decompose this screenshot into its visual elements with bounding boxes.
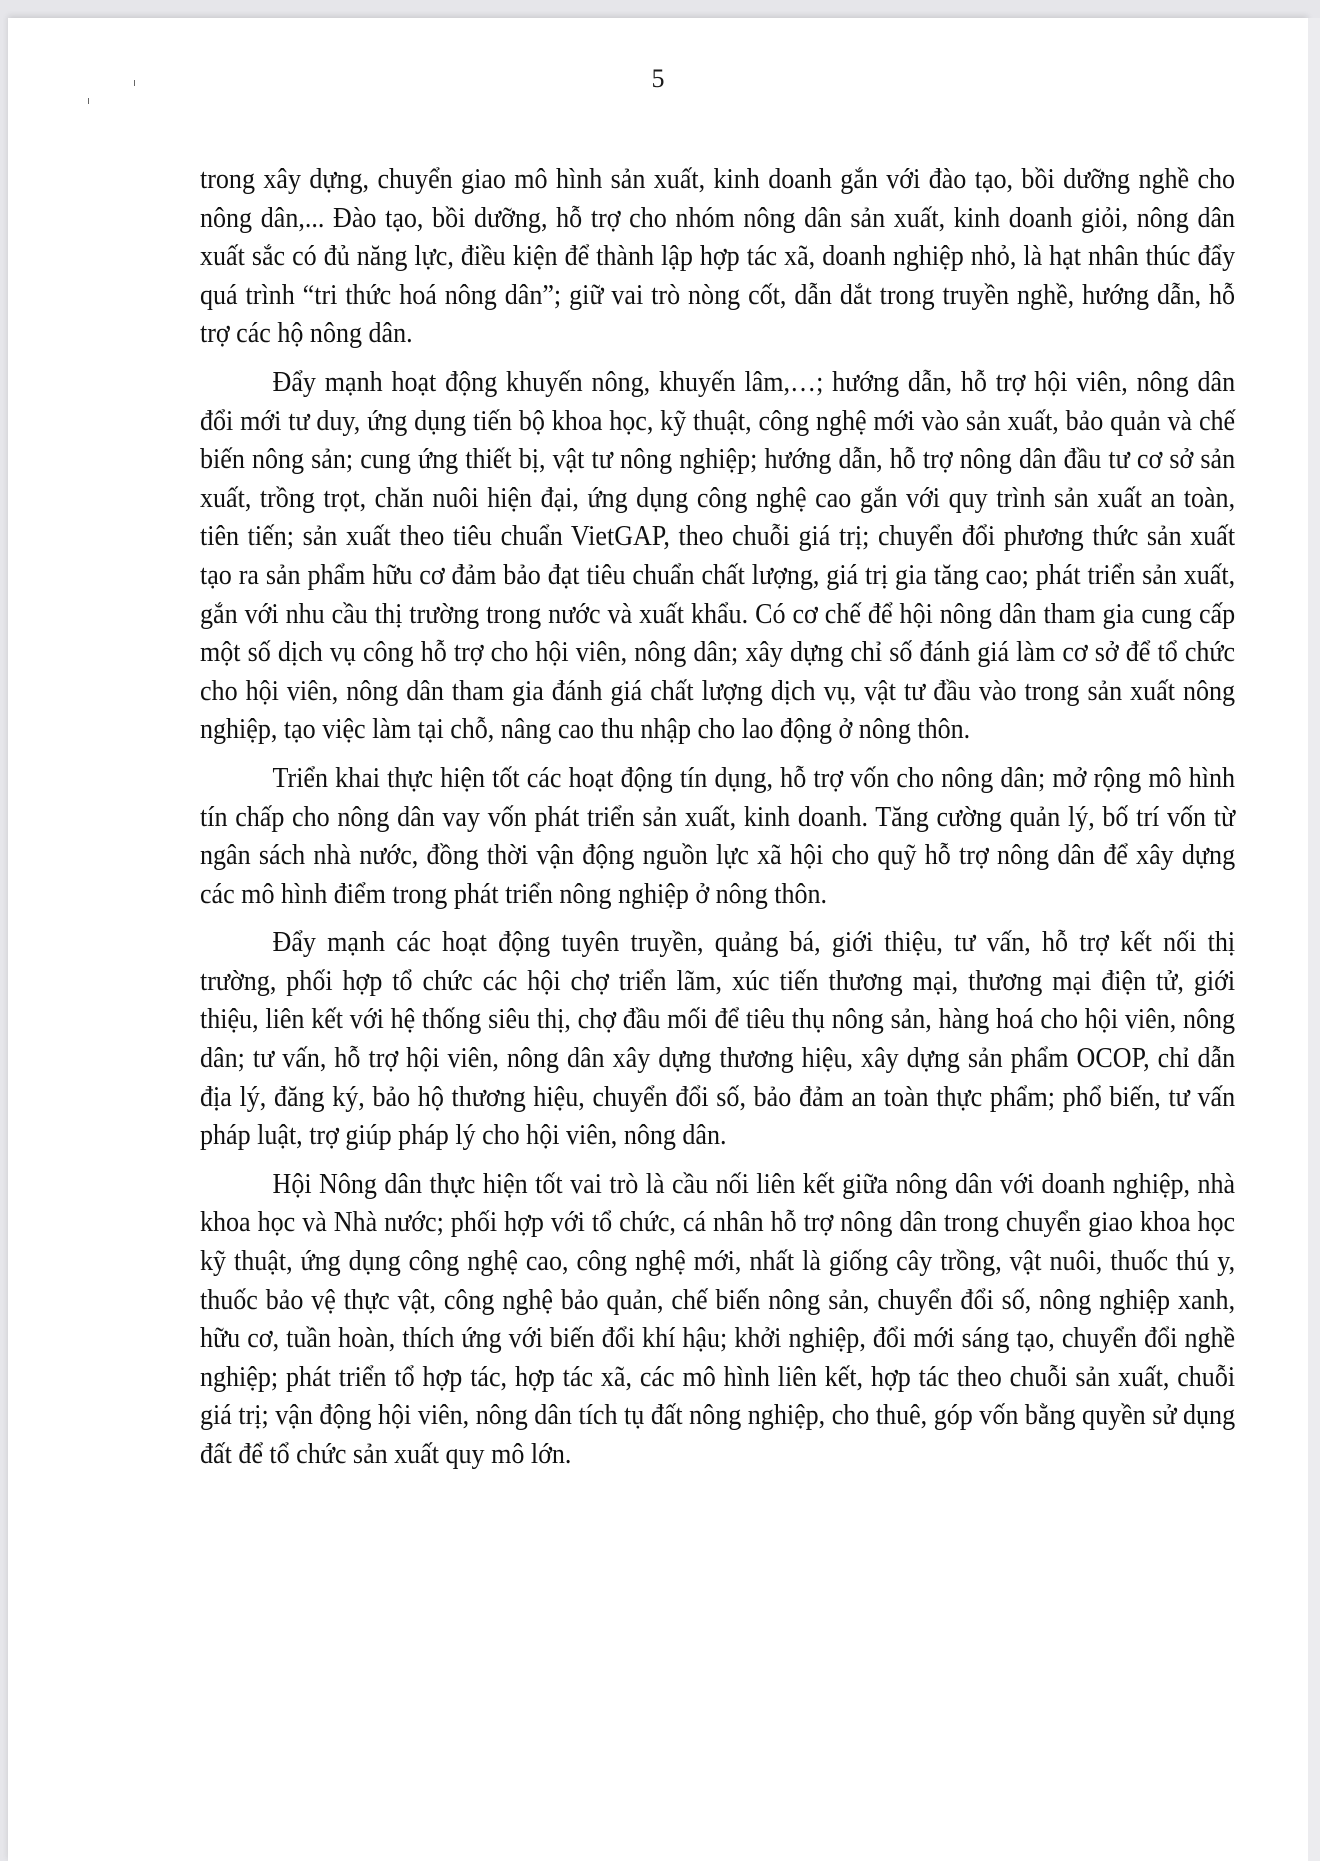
paragraph-3: Triển khai thực hiện tốt các hoạt động t… bbox=[200, 760, 1235, 914]
paragraph-5: Hội Nông dân thực hiện tốt vai trò là cầ… bbox=[200, 1166, 1235, 1475]
page-number: 5 bbox=[8, 64, 1308, 94]
paragraph-1: trong xây dựng, chuyển giao mô hình sản … bbox=[200, 161, 1235, 354]
scan-speck bbox=[134, 80, 135, 86]
page-edge-shadow bbox=[1308, 18, 1320, 1861]
body-text: trong xây dựng, chuyển giao mô hình sản … bbox=[200, 161, 1235, 1485]
paragraph-2: Đẩy mạnh hoạt động khuyến nông, khuyến l… bbox=[200, 364, 1235, 750]
paragraph-4: Đẩy mạnh các hoạt động tuyên truyền, quả… bbox=[200, 924, 1235, 1156]
scan-speck bbox=[88, 98, 89, 104]
document-page: 5 trong xây dựng, chuyển giao mô hình sả… bbox=[8, 18, 1308, 1861]
